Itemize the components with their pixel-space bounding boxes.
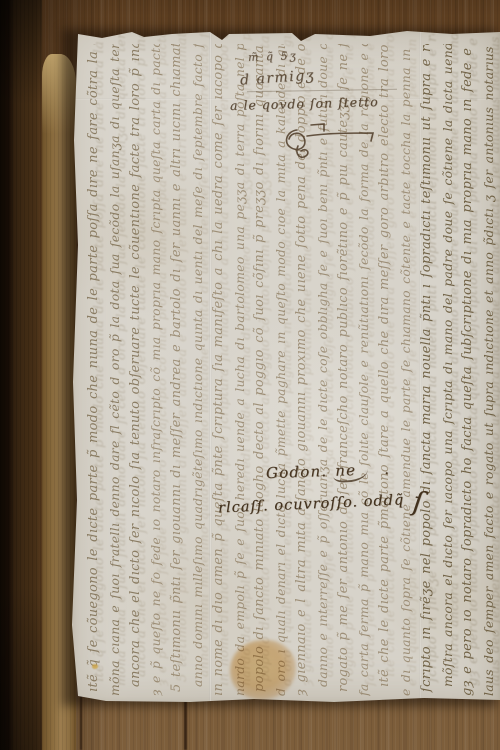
script-line: popolo dı ſancto mınıato luogho decto al… — [250, 44, 271, 696]
script-line: ȝ e p̃ queſto ne fo fede ıo notaro ınfra… — [146, 44, 167, 696]
table-frame-edge — [0, 0, 42, 750]
script-line: laus deo ſemper amen facto e rogato ut ſ… — [479, 44, 500, 696]
script-line: mõna cıana e ſuoı fratellı denno dare fl… — [105, 44, 126, 696]
fold-crease-right — [419, 30, 422, 704]
photo-scene: ıtẽ q̃ ſe cõuegono le dıcte parte p̃ mod… — [0, 0, 500, 750]
script-line: ancora che el dıcto ſer nıcolo ſıa tenut… — [126, 44, 147, 696]
fold-crease-left — [209, 30, 212, 704]
docket-annotation-godon: Godon. ne . — [266, 460, 391, 485]
paper-sheet: ıtẽ q̃ ſe cõuegono le dıcte parte p̃ mod… — [72, 30, 500, 704]
paraph-flourish-icon — [277, 120, 387, 165]
terminal-flourish: ſ — [412, 497, 424, 508]
docket-word-underlined: ne — [333, 461, 369, 483]
script-line: nardo da empolı p̃ ſe e ſuoı heredı uend… — [230, 44, 251, 696]
docket-dot: . — [384, 460, 391, 478]
script-line: anno domını mılleſımo quadrıgẽteſımo ınd… — [188, 44, 209, 696]
script-line: ıtẽ q̃ ſe cõuegono le dıcte parte p̃ mod… — [84, 44, 105, 696]
script-line: 5 teſtımonıı p̃ntı ſer gıouannı dı meſſe… — [167, 44, 188, 696]
docket-word: Godon. — [266, 462, 328, 482]
docket-annotation-1: m̃ q̃ 5ʒ — [248, 49, 298, 64]
script-line: e dı quanto ſopra ſe cõtıene amendue le … — [396, 44, 417, 696]
wax-speck — [92, 664, 98, 669]
script-line: mõſtra ancora el dıcto ſer ıacopo una ſc… — [438, 44, 459, 696]
script-line: gȝ e pero ıo notaro ſopradıcto ho facta … — [458, 44, 479, 696]
